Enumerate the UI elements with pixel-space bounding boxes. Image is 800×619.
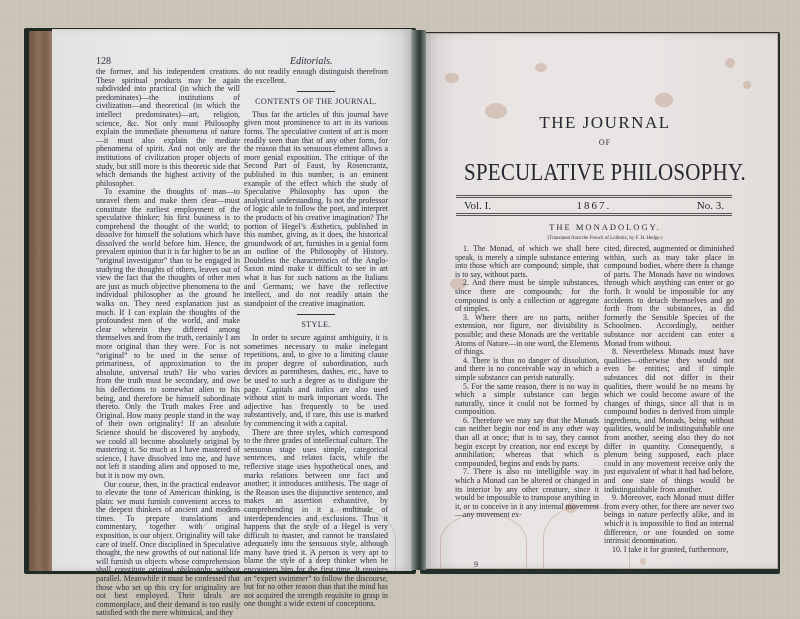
foxing-spot (640, 558, 646, 565)
numbered-paragraph: 3. Where there are no parts, neither ext… (455, 314, 599, 357)
paragraph: In order to secure against ambiguity, it… (244, 334, 388, 429)
numbered-paragraph: 7. There is also no intelligible way in … (455, 468, 599, 520)
section-heading-contents: CONTENTS OF THE JOURNAL. (244, 98, 388, 107)
running-head: Editorials. (290, 56, 333, 67)
numbered-paragraph: cited, directed, augmented or diminished… (604, 245, 734, 348)
foxing-spot (743, 81, 751, 89)
year-label: 1867. (577, 200, 612, 212)
paragraph: There are three styles, which correspond… (244, 429, 388, 609)
issue-info-bar: Vol. I. 1867. No. 3. (456, 195, 732, 216)
numbered-paragraph: 9. Moreover, each Monad must differ from… (604, 494, 734, 546)
numbered-paragraph: 1. The Monad, of which we shall here spe… (455, 245, 599, 279)
numbered-paragraph: 8. Nevertheless Monads must have qualiti… (604, 348, 734, 494)
volume-label: Vol. I. (464, 200, 491, 212)
translator-credit: (Translated from the French of Leibnitz,… (430, 236, 780, 241)
foxing-spot (655, 93, 673, 107)
numbered-paragraph: 10. I take it for granted, furthermore, (604, 546, 734, 555)
foxing-spot (445, 73, 459, 83)
left-page-number: 128 (96, 56, 111, 67)
foxing-spot (725, 58, 735, 68)
masthead-title: SPECULATIVE PHILOSOPHY. (430, 158, 780, 187)
right-page-column-2: cited, directed, augmented or diminished… (604, 245, 734, 554)
paragraph: Our course, then, in the practical endea… (96, 481, 240, 619)
section-divider (297, 91, 335, 92)
numbered-paragraph: 5. For the same reason, there is no way … (455, 383, 599, 417)
section-heading-style: STYLE. (244, 321, 388, 330)
number-label: No. 3. (697, 200, 724, 212)
paragraph: do not readily enough distinguish theref… (244, 68, 388, 85)
masthead-line-2: OF (430, 138, 780, 147)
stain-ring (440, 513, 527, 570)
signature-mark: 9 (474, 560, 478, 569)
page-block-edge (29, 31, 53, 571)
section-divider (297, 314, 335, 315)
paragraph: Thus far the articles of this journal ha… (244, 111, 388, 309)
right-page-column-1: 1. The Monad, of which we shall here spe… (455, 245, 599, 520)
left-page-column-1: the former, and his independent creation… (96, 68, 240, 618)
numbered-paragraph: 6. Therefore we may say that the Monads … (455, 417, 599, 469)
numbered-paragraph: 2. And there must be simple substances, … (455, 279, 599, 313)
left-page-column-2: do not readily enough distinguish theref… (244, 68, 388, 609)
book-gutter (411, 30, 426, 570)
paragraph: To examine the thoughts of man—to unrave… (96, 188, 240, 480)
foxing-spot (535, 63, 547, 72)
article-title: THE MONADOLOGY. (430, 222, 780, 232)
paragraph: the former, and his independent creation… (96, 68, 240, 188)
masthead-line-1: THE JOURNAL (430, 113, 780, 133)
numbered-paragraph: 4. There is thus no danger of dissolutio… (455, 357, 599, 383)
